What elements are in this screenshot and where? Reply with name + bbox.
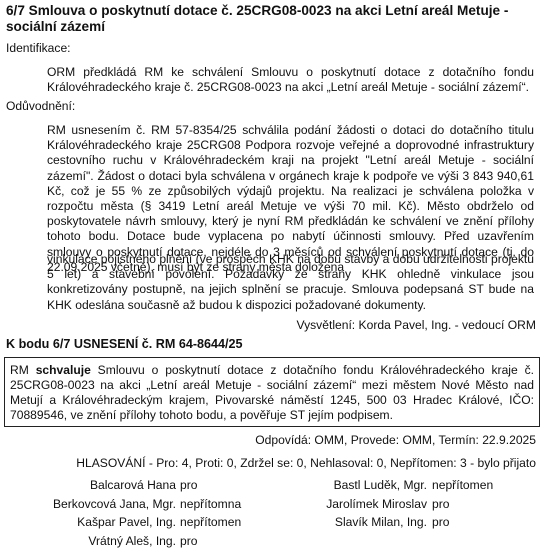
usneseni-prefix: RM bbox=[10, 363, 36, 377]
voter-vote: nepřítomen bbox=[180, 515, 241, 529]
identifikace-label: Identifikace: bbox=[6, 41, 71, 55]
voter-vote: nepřítomen bbox=[432, 478, 493, 492]
hlasovani-line: HLASOVÁNÍ - Pro: 4, Proti: 0, Zdržel se:… bbox=[76, 456, 536, 470]
voter-name: Bastl Luděk, Mgr. bbox=[334, 478, 427, 492]
odpovida-line: Odpovídá: OMM, Provede: OMM, Termín: 22.… bbox=[255, 433, 536, 447]
oduvodneni-text-2: vinkulace pojistného plnění (ve prospěch… bbox=[47, 252, 534, 313]
voter-name: Berkovcová Jana, Mgr. bbox=[53, 497, 176, 511]
voter-vote: nepřítomna bbox=[180, 497, 241, 511]
voter-name: Balcarová Hana bbox=[90, 478, 176, 492]
voter-vote: pro bbox=[180, 478, 197, 492]
identifikace-paragraph: ORM předkládá RM ke schválení Smlouvu o … bbox=[47, 65, 534, 95]
voter-vote: pro bbox=[432, 497, 449, 511]
identifikace-text: ORM předkládá RM ke schválení Smlouvu o … bbox=[47, 65, 534, 95]
usneseni-heading: K bodu 6/7 USNESENÍ č. RM 64-8644/25 bbox=[6, 337, 243, 351]
vote-list: Balcarová HanaproBerkovcová Jana, Mgr.ne… bbox=[0, 478, 544, 554]
voter-vote: pro bbox=[180, 534, 197, 548]
voter-name: Jarolímek Miroslav bbox=[326, 497, 427, 511]
voter-name: Vrátný Aleš, Ing. bbox=[88, 534, 176, 548]
usneseni-verb: schvaluje bbox=[36, 363, 91, 377]
usneseni-box: RM schvaluje Smlouvu o poskytnutí dotace… bbox=[4, 357, 540, 427]
voter-name: Kašpar Pavel, Ing. bbox=[77, 515, 176, 529]
oduvodneni-label: Odůvodnění: bbox=[6, 99, 75, 113]
voter-name: Slavík Milan, Ing. bbox=[335, 515, 427, 529]
voter-vote: pro bbox=[432, 515, 449, 529]
oduvodneni-paragraph-2: vinkulace pojistného plnění (ve prospěch… bbox=[47, 252, 534, 313]
agenda-item-title: 6/7 Smlouva o poskytnutí dotace č. 25CRG… bbox=[6, 3, 536, 35]
vysvetleni-line: Vysvětlení: Korda Pavel, Ing. - vedoucí … bbox=[296, 318, 536, 332]
